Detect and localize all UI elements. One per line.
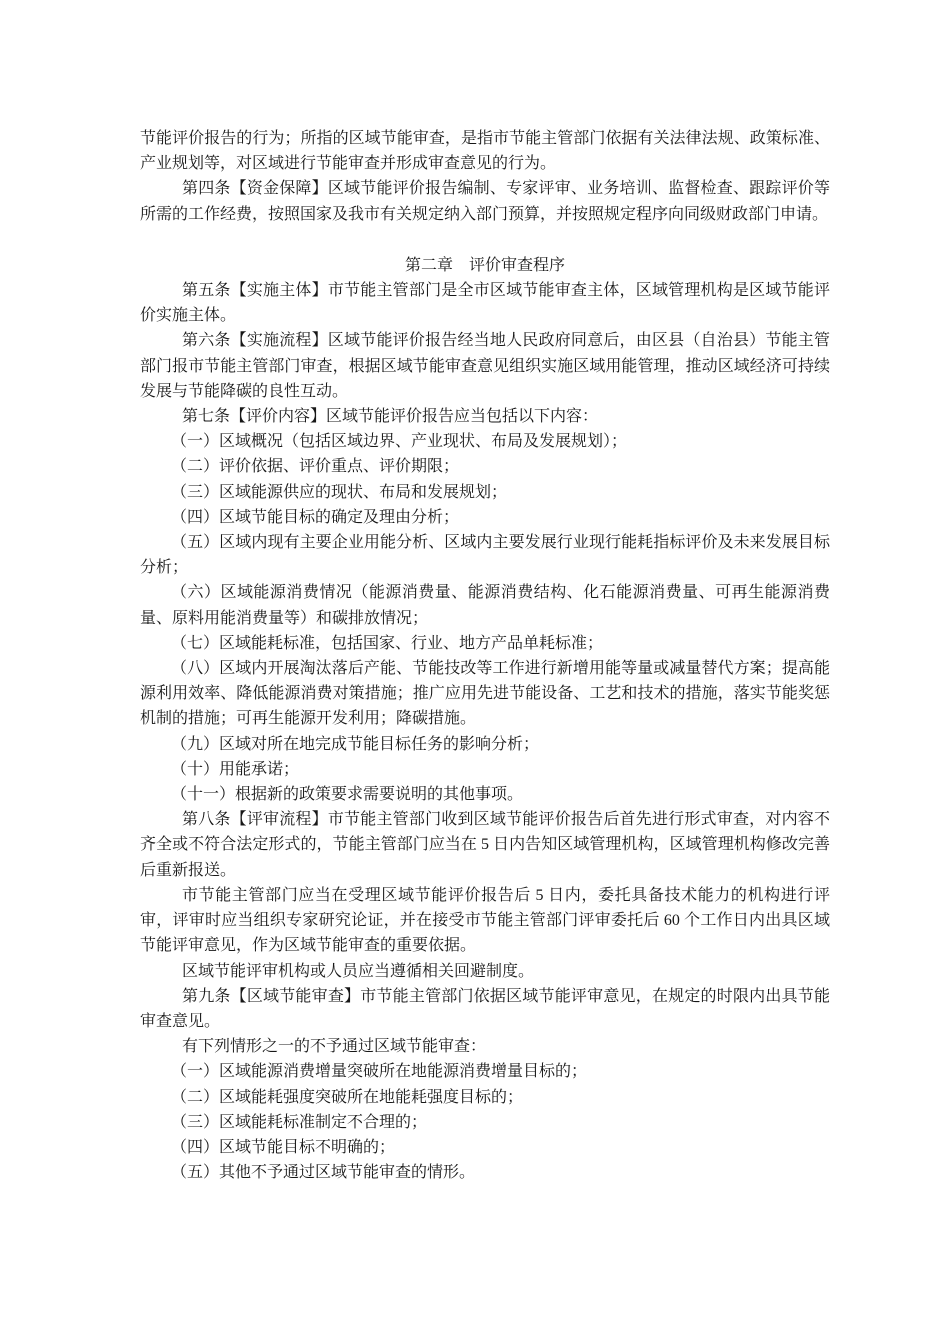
paragraph-article-8-rule: 区域节能评审机构或人员应当遵循相关回避制度。 <box>140 959 830 984</box>
list-item-8: （八）区域内开展淘汰落后产能、节能技改等工作进行新增用能等量或减量替代方案；提高… <box>140 656 830 732</box>
list-item-2: （二）评价依据、评价重点、评价期限； <box>140 454 830 479</box>
paragraph-article-8: 第八条【评审流程】市节能主管部门收到区域节能评价报告后首先进行形式审查，对内容不… <box>140 807 830 883</box>
reject-item-2: （二）区域能耗强度突破所在地能耗强度目标的； <box>140 1085 830 1110</box>
list-item-10: （十）用能承诺； <box>140 757 830 782</box>
list-item-11: （十一）根据新的政策要求需要说明的其他事项。 <box>140 782 830 807</box>
document-page: 节能评价报告的行为；所指的区域节能审查，是指市节能主管部门依据有关法律法规、政策… <box>0 0 950 1344</box>
list-item-9: （九）区域对所在地完成节能目标任务的影响分析； <box>140 732 830 757</box>
list-item-6: （六）区域能源消费情况（能源消费量、能源消费结构、化石能源消费量、可再生能源消费… <box>140 580 830 630</box>
reject-item-4: （四）区域节能目标不明确的； <box>140 1135 830 1160</box>
paragraph-article-8-cont: 市节能主管部门应当在受理区域节能评价报告后 5 日内，委托具备技术能力的机构进行… <box>140 883 830 959</box>
list-item-1: （一）区域概况（包括区域边界、产业现状、布局及发展规划）； <box>140 429 830 454</box>
paragraph-article-9-lead: 有下列情形之一的不予通过区域节能审查： <box>140 1034 830 1059</box>
reject-item-5: （五）其他不予通过区域节能审查的情形。 <box>140 1160 830 1185</box>
paragraph-continuation: 节能评价报告的行为；所指的区域节能审查，是指市节能主管部门依据有关法律法规、政策… <box>140 126 830 176</box>
reject-item-1: （一）区域能源消费增量突破所在地能源消费增量目标的； <box>140 1059 830 1084</box>
paragraph-article-5: 第五条【实施主体】市节能主管部门是全市区域节能审查主体，区域管理机构是区域节能评… <box>140 278 830 328</box>
paragraph-article-7: 第七条【评价内容】区域节能评价报告应当包括以下内容： <box>140 404 830 429</box>
document-body: 节能评价报告的行为；所指的区域节能审查，是指市节能主管部门依据有关法律法规、政策… <box>140 126 830 1185</box>
paragraph-article-6: 第六条【实施流程】区域节能评价报告经当地人民政府同意后，由区县（自治县）节能主管… <box>140 328 830 404</box>
paragraph-article-4: 第四条【资金保障】区域节能评价报告编制、专家评审、业务培训、监督检查、跟踪评价等… <box>140 176 830 226</box>
reject-item-3: （三）区域能耗标准制定不合理的； <box>140 1110 830 1135</box>
paragraph-article-9: 第九条【区域节能审查】市节能主管部门依据区域节能评审意见，在规定的时限内出具节能… <box>140 984 830 1034</box>
list-item-3: （三）区域能源供应的现状、布局和发展规划； <box>140 480 830 505</box>
list-item-4: （四）区域节能目标的确定及理由分析； <box>140 505 830 530</box>
chapter-heading: 第二章 评价审查程序 <box>140 253 830 278</box>
list-item-5: （五）区域内现有主要企业用能分析、区域内主要发展行业现行能耗指标评价及未来发展目… <box>140 530 830 580</box>
list-item-7: （七）区域能耗标准，包括国家、行业、地方产品单耗标准； <box>140 631 830 656</box>
